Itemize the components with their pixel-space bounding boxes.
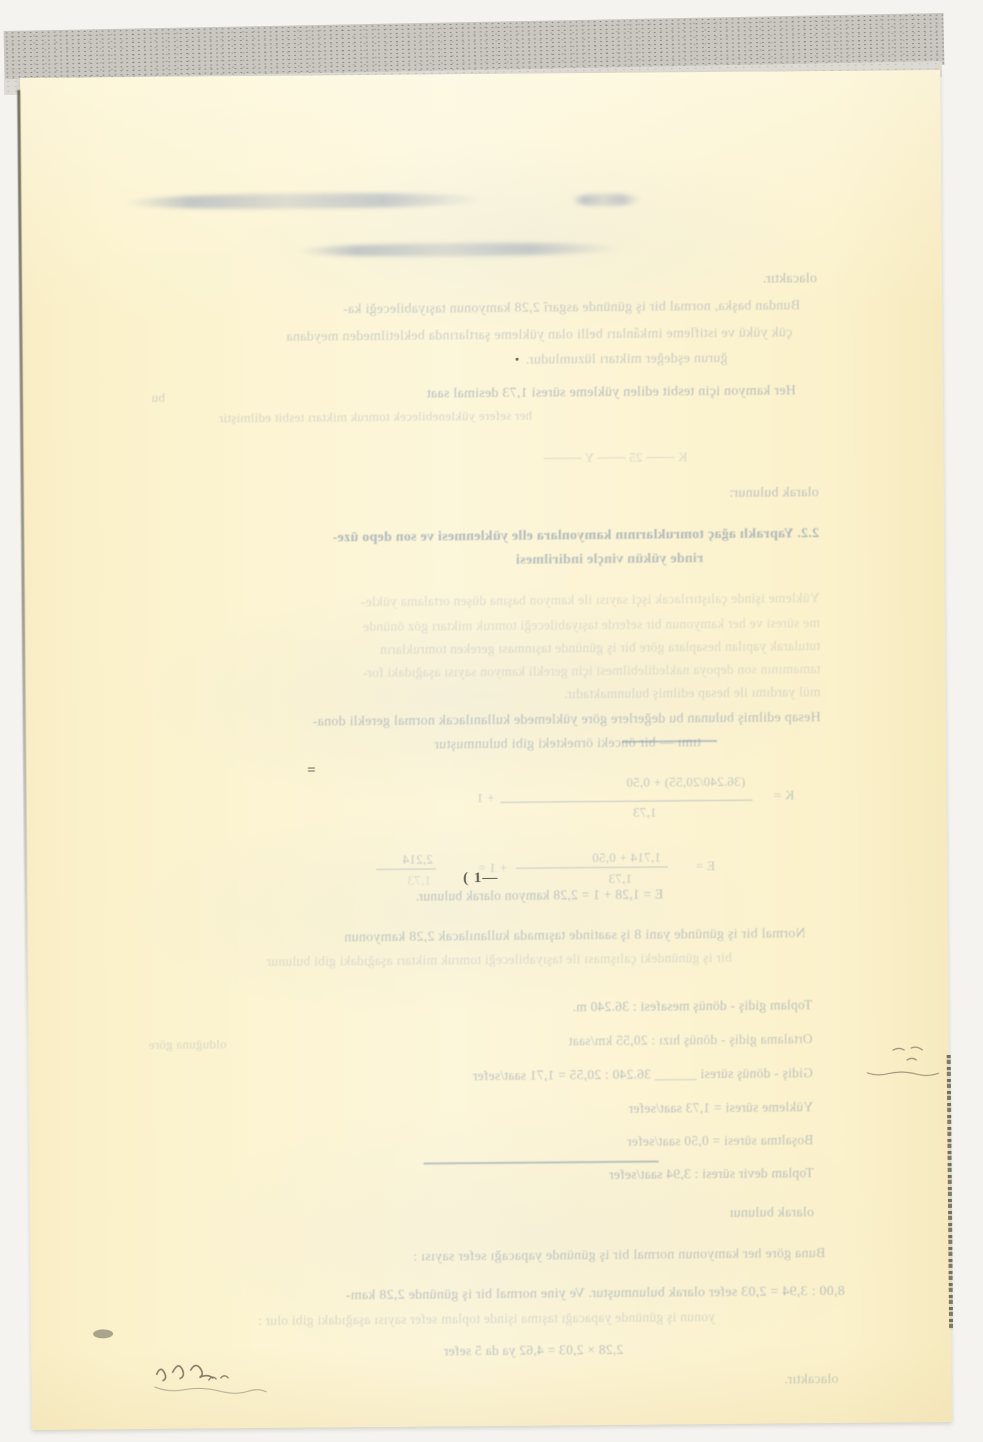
bleed-formula: (36.240/20,55) + 0,50	[505, 774, 745, 792]
bleed-formula: 1,73	[572, 871, 632, 888]
header-smudge-2	[297, 242, 622, 258]
page-left-edge-shadow	[17, 90, 28, 1040]
book-page-verso: olacaktır.Bundan başka, normal bir iş gü…	[20, 70, 952, 1430]
fraction-bar	[516, 866, 668, 869]
header-smudge-1	[125, 192, 485, 210]
handwritten-scribble	[150, 1356, 280, 1405]
bleed-line: Normal bir iş gününde yani 8 iş saatinde…	[97, 925, 806, 949]
bleed-table-row: Ortalama gidiş - dönüş hızı : 20,55 km/s…	[388, 1031, 812, 1052]
bleed-line: Yükleme işinde çalıştırılacak işçi sayıs…	[89, 590, 820, 613]
bleed-line: ğurun eşdeğer miktarı lüzumludur.	[444, 350, 728, 370]
bleed-line: çük yükü ve istifleme imkânları belli ol…	[86, 324, 792, 348]
bleed-table-row: Toplam devir süresi : 3,94 saat/sefer	[390, 1165, 814, 1186]
bleed-line: olacaktır.	[766, 1371, 838, 1389]
scanned-page-view: olacaktır.Bundan başka, normal bir iş gü…	[0, 0, 983, 1442]
bleed-table-row: Gidiş - dönüş süresi ______ 36.240 : 20,…	[189, 1065, 813, 1087]
bleed-formula: 1,73	[379, 872, 431, 889]
bleed-line: Her kamyon için tesbit edilen yükleme sü…	[297, 382, 796, 404]
page-right-edge-shadow	[947, 1055, 953, 1330]
bleed-line: tımı — bir önceki örnekteki gibi bulunmu…	[261, 734, 701, 755]
bleed-fragment: bu	[135, 390, 165, 407]
bleed-fragment: her sefere yüklenebilecek tomruk miktarı…	[172, 408, 532, 427]
bleed-heading: 2.2. Yapraklı ağaç tomruklarının kamyonl…	[88, 525, 819, 549]
bleed-formula: + 1	[458, 790, 494, 807]
bleed-line: 8,00 : 3,94 = 2,03 sefer olarak bulunmuş…	[121, 1283, 845, 1307]
bleed-line: yonun iş gününde yapacağı taşıma işinde …	[115, 1309, 715, 1331]
bleed-line: olarak bulunur.	[730, 1204, 814, 1222]
fraction-bar	[376, 868, 436, 870]
margin-note-scribble	[863, 1042, 945, 1085]
bleed-line: Buna göre her kamyonun normal bir iş gün…	[244, 1245, 825, 1268]
bleed-formula-fragment: K ─── 25 ─── Y ────	[337, 449, 687, 468]
bleed-formula: E =	[675, 858, 715, 875]
bleed-line: mül yardımı ile hesap edilmiş bulunmakta…	[403, 684, 820, 705]
bleed-heading: rinde yükün vinçle indirilmesi	[418, 550, 703, 570]
bleed-formula: 2,214	[381, 851, 433, 868]
bleed-line: tutularak yapılan hesaplara göre bir iş …	[89, 638, 820, 661]
bleed-line: olarak bulunur:	[724, 484, 819, 502]
sum-rule	[424, 1161, 659, 1165]
header-smudge-1b	[571, 194, 641, 207]
bleed-table-row: Boşaltma süresi = 0,50 saat/sefer	[389, 1132, 813, 1153]
bleed-table-row: Yükleme süresi = 1,73 saat/sefer	[389, 1099, 813, 1120]
bleed-formula: E = 1,28 + 1 = 2,28 kamyon olarak bulunu…	[269, 886, 663, 906]
fraction-bar	[500, 800, 752, 803]
bleed-fragment: olduğuna göre	[106, 1036, 226, 1053]
pencil-equals-mark: =	[307, 761, 331, 780]
pencil-dot	[516, 358, 519, 361]
bleed-formula: 1,73	[586, 805, 656, 822]
bleed-line: olacaktır.	[747, 270, 817, 288]
bleed-line: Hesap edilmiş bulunan bu değerlere göre …	[98, 709, 821, 733]
bleed-line: me süresi ve her kamyonun bir seferde ta…	[89, 615, 820, 638]
bleed-formula: 1,714 + 0,50	[521, 849, 661, 866]
bleed-line: Bundan başka, normal bir iş gününde asga…	[91, 297, 800, 321]
bleed-line: tamamının son depoya nakledilebilmesi iç…	[89, 661, 820, 684]
bleed-formula: K =	[752, 787, 794, 804]
pencil-annotation: ( 1—	[463, 869, 523, 888]
bleed-formula: 2,28 × 2,03 = 4,62 ya da 5 sefer	[361, 1342, 623, 1361]
bleed-line: bir iş günündeki çalışması ile taşıyabil…	[92, 950, 732, 972]
margin-blotch	[93, 1329, 113, 1338]
bleed-table-row: Toplam gidiş - dönüş mesafesi : 36.240 m…	[388, 997, 812, 1018]
